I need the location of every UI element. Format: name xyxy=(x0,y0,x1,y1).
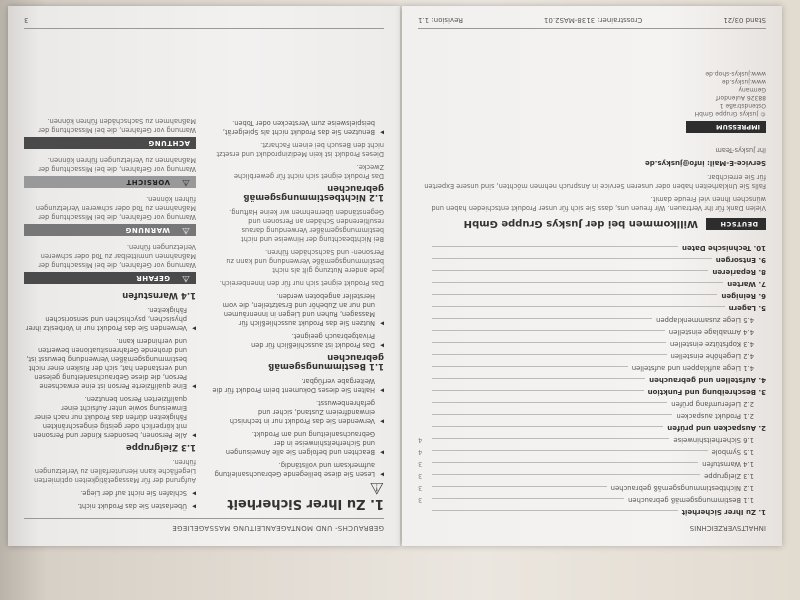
toc-leader xyxy=(432,294,717,295)
bullet: Schlafen Sie nicht auf der Liege. xyxy=(24,488,196,497)
warning-triangle-icon: ⚠ xyxy=(176,178,196,187)
page-footer: Stand 03/21 Crosstrainer: 3138-MAS2.01 R… xyxy=(418,16,766,29)
section-title: 1. Zu Ihrer Sicherheit xyxy=(212,499,384,508)
warning-triangle-icon: ⚠ xyxy=(176,226,196,235)
imprint-tag: IMPRESSUM xyxy=(686,121,766,133)
column-left-side: Überlasten Sie das Produkt nicht. Schlaf… xyxy=(24,112,196,510)
toc-entry: 4.5 Liege zusammenklappen xyxy=(418,316,766,324)
toc-leader xyxy=(432,498,624,499)
toc-page: 3 xyxy=(418,484,428,492)
service-email: Service-E-Mail: info@juskys.de xyxy=(418,159,766,167)
warning-level-caution: ⚠VORSICHT xyxy=(24,176,196,188)
warning-level-warning: ⚠WARNUNG xyxy=(24,224,196,236)
imprint-line: www.juskys.de xyxy=(418,77,766,85)
toc-entry: 3. Beschreibung und Funktion xyxy=(418,388,766,396)
table-of-contents: 1. Zu Ihrer Sicherheit1.1 Bestimmungsgem… xyxy=(418,244,766,516)
warning-label: VORSICHT xyxy=(126,178,176,187)
toc-label: 1. Zu Ihrer Sicherheit xyxy=(682,508,766,516)
subsection-title: 1.4 Warnstufen xyxy=(24,290,196,299)
toc-leader xyxy=(432,258,712,259)
toc-label: 1.4 Warnstufen xyxy=(702,460,754,468)
bullet: Benutzen Sie das Produkt nicht als Spiel… xyxy=(212,118,384,136)
toc-leader xyxy=(432,450,708,451)
toc-entry: 10. Technische Daten xyxy=(418,244,766,252)
toc-entry: 1. Zu Ihrer Sicherheit xyxy=(418,508,766,516)
warning-level-danger: ⚠GEFAHR xyxy=(24,272,196,284)
service-email-label: Service-E-Mail: xyxy=(707,159,766,167)
toc-entry: 8. Reparieren xyxy=(418,268,766,276)
toc-label: 8. Reparieren xyxy=(712,268,766,276)
paragraph: Bei Nichtbeachtung der Hinweise und nich… xyxy=(212,207,384,243)
subsection-title: 1.1 Bestimmungsgemäß gebrauchen xyxy=(212,352,384,370)
language-tag: DEUTSCH xyxy=(706,218,766,230)
bullet: Nutzen Sie das Produkt ausschließlich fü… xyxy=(212,291,384,327)
page-footer: 3 xyxy=(24,16,384,29)
paragraph: Falls Sie Unklarheiten haben oder unsere… xyxy=(418,172,766,190)
toc-page: 4 xyxy=(418,436,428,444)
signature: Ihr Juskys-Team xyxy=(418,145,766,154)
bullet: Eine qualifizierte Person ist eine erwac… xyxy=(24,336,196,390)
toc-entry: 9. Entsorgen xyxy=(418,256,766,264)
warning-text: Warnung vor Gefahren, die bei Missachtun… xyxy=(24,242,196,269)
paragraph: Das Produkt eignet sich nur für den Inne… xyxy=(212,278,384,287)
toc-entry: 4.1 Liege aufklappen und aufstellen xyxy=(418,364,766,372)
header-title: GEBRAUCHS- UND MONTAGEANLEITUNG MASSAGEL… xyxy=(172,524,384,532)
paragraph: Dieses Produkt ist kein Medizinprodukt u… xyxy=(212,140,384,158)
toc-leader xyxy=(432,426,663,427)
toc-entry: 2.2 Lieferumfang prüfen xyxy=(418,400,766,408)
imprint-line: Germany xyxy=(418,85,766,93)
toc-label: 1.2 Nichtbestimmungsgemäß gebrauchen xyxy=(611,484,754,492)
page-safety: GEBRAUCHS- UND MONTAGEANLEITUNG MASSAGEL… xyxy=(8,6,400,546)
bullet: Überlasten Sie das Produkt nicht. xyxy=(24,501,196,510)
toc-label: 4.5 Liege zusammenklappen xyxy=(656,316,754,324)
toc-leader xyxy=(432,306,725,307)
imprint-line: www.juskys-shop.de xyxy=(418,69,766,77)
toc-entry: 1.6 Sicherheitshinweise4 xyxy=(418,436,766,444)
warning-text: Warnung vor Gefahren, die bei Missachtun… xyxy=(24,155,196,173)
toc-entry: 1.2 Nichtbestimmungsgemäß gebrauchen3 xyxy=(418,484,766,492)
toc-entry: 1.1 Bestimmungsgemäß gebrauchen3 xyxy=(418,496,766,504)
toc-entry: 2. Auspacken und prüfen xyxy=(418,424,766,432)
toc-leader xyxy=(432,462,698,463)
toc-label: 4.4 Armablage einstellen xyxy=(669,328,754,336)
toc-leader xyxy=(432,270,708,271)
toc-leader xyxy=(432,414,672,415)
bullet: Alle Personen, besonders Kinder und Pers… xyxy=(24,394,196,439)
bullet: Beachten und befolgen Sie alle Anweisung… xyxy=(212,429,384,456)
toc-leader xyxy=(432,342,666,343)
toc-label: 9. Entsorgen xyxy=(716,256,766,264)
welcome-heading: DEUTSCH Willkommen bei der Juskys Gruppe… xyxy=(418,218,766,230)
toc-label: 1.1 Bestimmungsgemäß gebrauchen xyxy=(628,496,754,504)
welcome-title: Willkommen bei der Juskys Gruppe GmbH xyxy=(464,219,698,230)
footer-date: Stand 03/21 xyxy=(723,16,766,24)
footer-revision: Revision: 1.1 xyxy=(418,16,463,24)
toc-page: 3 xyxy=(418,496,428,504)
toc-leader xyxy=(432,390,644,391)
toc-leader xyxy=(432,330,665,331)
toc-label: 10. Technische Daten xyxy=(682,244,766,252)
toc-entry: 4.4 Armablage einstellen xyxy=(418,328,766,336)
toc-leader xyxy=(432,438,669,439)
subsection-title: 1.2 Nichtbestimmungsgemäß gebrauchen xyxy=(212,183,384,201)
toc-entry: 1.3 Zielgruppe3 xyxy=(418,472,766,480)
toc-label: 4. Aufstellen und gebrauchen xyxy=(649,376,766,384)
paragraph: Jede andere Nutzung gilt als nicht besti… xyxy=(212,247,384,274)
toc-entry: 6. Reinigen xyxy=(418,292,766,300)
toc-label: 6. Reinigen xyxy=(721,292,766,300)
toc-page: 3 xyxy=(418,472,428,480)
column-right-side: 1. Zu Ihrer Sicherheit ⚠ Lesen Sie diese… xyxy=(212,112,384,510)
toc-heading: INHALTSVERZEICHNIS xyxy=(418,524,766,532)
warning-label: GEFAHR xyxy=(136,274,176,283)
toc-entry: 1.4 Warnstufen3 xyxy=(418,460,766,468)
warning-label: ACHTUNG xyxy=(148,139,196,148)
toc-label: 4.1 Liege aufklappen und aufstellen xyxy=(632,364,754,372)
toc-label: 2.1 Produkt auspacken xyxy=(676,412,754,420)
toc-leader xyxy=(432,366,628,367)
warning-text: Warnung vor Gefahren, die bei Missachtun… xyxy=(24,194,196,221)
open-manual: GEBRAUCHS- UND MONTAGEANLEITUNG MASSAGEL… xyxy=(0,0,800,600)
toc-page: 3 xyxy=(418,460,428,468)
toc-leader xyxy=(432,402,667,403)
toc-label: 4.3 Kopfstütze einstellen xyxy=(670,340,754,348)
paragraph: Das Produkt eignet sich nicht für gewerb… xyxy=(212,162,384,180)
toc-entry: 5. Lagern xyxy=(418,304,766,312)
bullet: Verwenden Sie das Produkt nur in technis… xyxy=(212,398,384,425)
toc-entry: 4.2 Liegehöhe einstellen xyxy=(418,352,766,360)
toc-entry: 2.1 Produkt auspacken xyxy=(418,412,766,420)
toc-entry: 4.3 Kopfstütze einstellen xyxy=(418,340,766,348)
bullet: Lesen Sie diese beiliegende Gebrauchsanl… xyxy=(212,460,384,478)
toc-label: 1.5 Symbole xyxy=(712,448,754,456)
toc-label: 2.2 Lieferumfang prüfen xyxy=(671,400,754,408)
paragraph: Vielen Dank für Ihr Vertrauen. Wir freue… xyxy=(418,194,766,212)
imprint-line: 88326 Aulendorf xyxy=(418,93,766,101)
toc-label: 2. Auspacken und prüfen xyxy=(667,424,766,432)
toc-leader xyxy=(432,486,607,487)
toc-leader xyxy=(432,510,678,511)
toc-leader xyxy=(432,474,700,475)
imprint-address: © Juskys Gruppe GmbH Ostendstraße 1 8832… xyxy=(418,69,766,117)
toc-leader xyxy=(432,378,645,379)
bullet: Das Produkt ist ausschließlich für den P… xyxy=(212,331,384,349)
footer-article: Crosstrainer: 3138-MAS2.01 xyxy=(544,16,642,24)
toc-leader xyxy=(432,354,667,355)
toc-label: 1.3 Zielgruppe xyxy=(704,472,754,480)
toc-leader xyxy=(432,318,652,319)
toc-leader xyxy=(432,282,723,283)
toc-label: 3. Beschreibung und Funktion xyxy=(648,388,766,396)
toc-entry: 1.5 Symbole4 xyxy=(418,448,766,456)
imprint-line: Ostendstraße 1 xyxy=(418,101,766,109)
bullet: Halten Sie dieses Dokument beim Produkt … xyxy=(212,376,384,394)
bullet: Verwenden Sie das Produkt nur in Vorbesi… xyxy=(24,305,196,332)
service-email-address: info@juskys.de xyxy=(645,159,705,167)
warning-level-notice: ACHTUNG xyxy=(24,137,196,149)
toc-entry: 4. Aufstellen und gebrauchen xyxy=(418,376,766,384)
toc-entry: 7. Warten xyxy=(418,280,766,288)
warning-triangle-icon: ⚠ xyxy=(176,274,196,283)
subsection-title: 1.3 Zielgruppe xyxy=(24,442,196,451)
page-number: 3 xyxy=(24,16,28,24)
toc-page: 4 xyxy=(418,448,428,456)
warning-label: WARNUNG xyxy=(125,226,176,235)
toc-leader xyxy=(432,246,678,247)
toc-label: 4.2 Liegehöhe einstellen xyxy=(671,352,754,360)
imprint-line: © Juskys Gruppe GmbH xyxy=(418,109,766,117)
toc-label: 1.6 Sicherheitshinweise xyxy=(673,436,754,444)
warning-triangle-icon: ⚠ xyxy=(212,484,384,493)
warning-text: Warnung vor Gefahren, die bei Missachtun… xyxy=(24,116,196,134)
toc-label: 7. Warten xyxy=(727,280,766,288)
toc-label: 5. Lagern xyxy=(729,304,766,312)
page-contents: INHALTSVERZEICHNIS 1. Zu Ihrer Sicherhei… xyxy=(402,6,782,546)
paragraph: Aufgrund der für Massagetätigkeiten opti… xyxy=(24,457,196,484)
page-header: GEBRAUCHS- UND MONTAGEANLEITUNG MASSAGEL… xyxy=(24,518,384,532)
